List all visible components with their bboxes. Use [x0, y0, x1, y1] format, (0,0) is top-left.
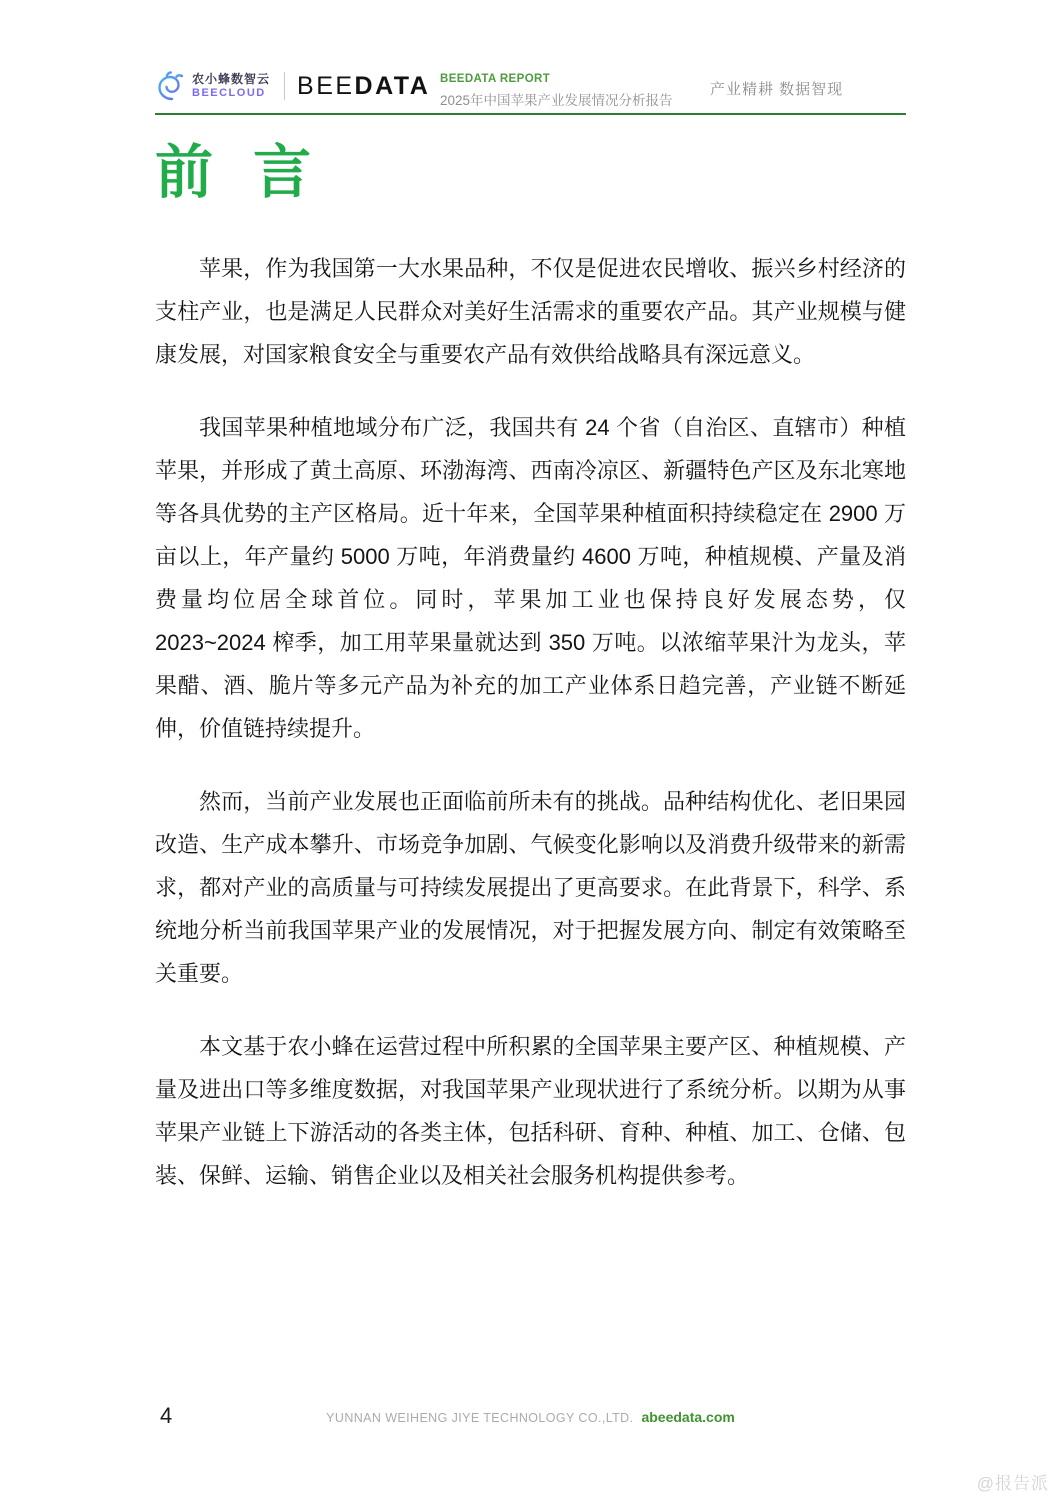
report-page: 农小蜂数智云 BEECLOUD BEEDATA BEEDATA REPORT 2…: [0, 0, 1061, 1500]
logo-divider: [284, 72, 285, 100]
page-title: 前 言: [155, 141, 906, 205]
beedata-wordmark: BEEDATA: [297, 72, 430, 101]
report-info-block: BEEDATA REPORT 2025年中国苹果产业发展情况分析报告: [440, 71, 673, 110]
header-slogan: 产业精耕 数据智现: [710, 78, 843, 99]
paragraph-purpose: 本文基于农小蜂在运营过程中所积累的全国苹果主要产区、种植规模、产量及进出口等多维…: [155, 1025, 906, 1197]
beecloud-logo: 农小蜂数智云 BEECLOUD BEEDATA: [155, 70, 430, 102]
page-footer: 4 YUNNAN WEIHENG JIYE TECHNOLOGY CO.,LTD…: [155, 1403, 906, 1435]
header-divider-line: [155, 113, 906, 115]
company-name: YUNNAN WEIHENG JIYE TECHNOLOGY CO.,LTD.: [326, 1411, 633, 1425]
main-content: 前 言 苹果，作为我国第一大水果品种，不仅是促进农民增收、振兴乡村经济的支柱产业…: [155, 141, 906, 1227]
report-label: BEEDATA REPORT: [440, 71, 673, 88]
beedata-wordmark-light: BEE: [297, 72, 355, 100]
paragraph-challenges: 然而，当前产业发展也正面临前所未有的挑战。品种结构优化、老旧果园改造、生产成本攀…: [155, 780, 906, 995]
page-header: 农小蜂数智云 BEECLOUD BEEDATA BEEDATA REPORT 2…: [155, 68, 906, 112]
brand-name-en: BEECLOUD: [192, 87, 270, 100]
footer-company-line: YUNNAN WEIHENG JIYE TECHNOLOGY CO.,LTD.a…: [155, 1409, 906, 1427]
beedata-wordmark-bold: DATA: [355, 72, 431, 100]
watermark: @报告派: [977, 1469, 1049, 1494]
brand-name-cn: 农小蜂数智云: [192, 73, 270, 87]
paragraph-intro: 苹果，作为我国第一大水果品种，不仅是促进农民增收、振兴乡村经济的支柱产业，也是满…: [155, 247, 906, 376]
website-link[interactable]: abeedata.com: [641, 1409, 734, 1425]
bee-swirl-logo-icon: [155, 70, 187, 102]
brand-text-block: 农小蜂数智云 BEECLOUD: [192, 73, 270, 99]
report-subtitle: 2025年中国苹果产业发展情况分析报告: [440, 91, 673, 111]
paragraph-industry-scale: 我国苹果种植地域分布广泛，我国共有 24 个省（自治区、直辖市）种植苹果，并形成…: [155, 406, 906, 750]
